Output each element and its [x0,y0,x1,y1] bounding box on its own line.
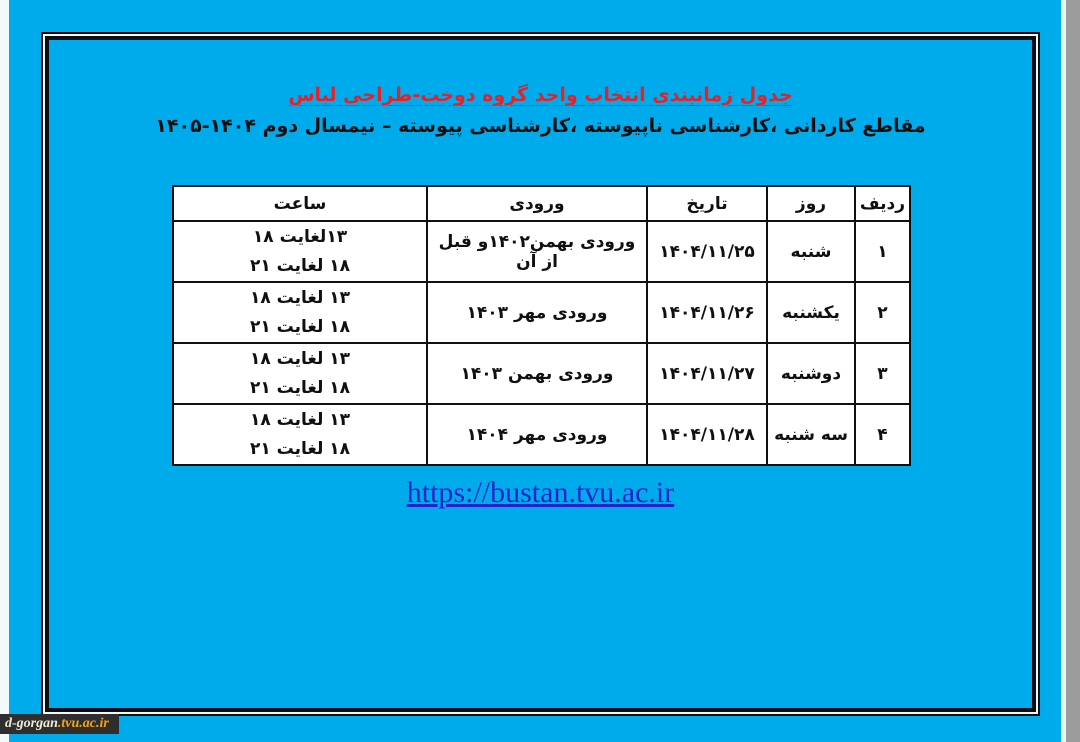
header-date: تاریخ [647,186,767,221]
document-frame: جدول زمانبندی انتخاب واحد گروه دوخت-طراح… [41,32,1040,716]
time-slots: ۱۳لغایت ۱۸ ۱۸ لغایت ۲۱ [174,222,426,281]
portal-link[interactable]: https://bustan.tvu.ac.ir [49,476,1032,510]
cell-entry: ورودی مهر ۱۴۰۴ [427,404,647,465]
page-right-margin [1066,0,1080,742]
cell-row-number: ۳ [855,343,910,404]
document-body: جدول زمانبندی انتخاب واحد گروه دوخت-طراح… [45,36,1036,712]
table-row: ۴ سه شنبه ۱۴۰۴/۱۱/۲۸ ورودی مهر ۱۴۰۴ ۱۳ ل… [173,404,910,465]
time-slot-2: ۱۸ لغایت ۲۱ [174,317,426,337]
header-row: ردیف روز تاریخ ورودی ساعت [173,186,910,221]
cell-time: ۱۳ لغایت ۱۸ ۱۸ لغایت ۲۱ [173,404,427,465]
cell-row-number: ۲ [855,282,910,343]
time-slot-1: ۱۳ لغایت ۱۸ [174,349,426,369]
page-left-margin [0,0,9,742]
cell-row-number: ۴ [855,404,910,465]
cell-day: دوشنبه [767,343,855,404]
time-slot-2: ۱۸ لغایت ۲۱ [174,256,426,276]
cell-entry: ورودی مهر ۱۴۰۳ [427,282,647,343]
cell-date: ۱۴۰۴/۱۱/۲۶ [647,282,767,343]
cell-day: شنبه [767,221,855,282]
document-title: جدول زمانبندی انتخاب واحد گروه دوخت-طراح… [49,84,1032,106]
time-slot-1: ۱۳ لغایت ۱۸ [174,288,426,308]
header-row-number: ردیف [855,186,910,221]
page: { "document": { "title": "جدول زمانبندی … [0,0,1080,742]
cell-row-number: ۱ [855,221,910,282]
time-slot-1: ۱۳لغایت ۱۸ [174,227,426,247]
time-slot-2: ۱۸ لغایت ۲۱ [174,439,426,459]
watermark-site-name: d-gorgan [5,716,58,731]
header-entry: ورودی [427,186,647,221]
time-slot-1: ۱۳ لغایت ۱۸ [174,410,426,430]
time-slots: ۱۳ لغایت ۱۸ ۱۸ لغایت ۲۱ [174,344,426,403]
schedule-table: ردیف روز تاریخ ورودی ساعت ۱ شنبه ۱۴۰۴/۱۱… [172,185,911,466]
cell-day: یکشنبه [767,282,855,343]
cell-date: ۱۴۰۴/۱۱/۲۸ [647,404,767,465]
document-subtitle: مقاطع کاردانی ،کارشناسی ناپیوسته ،کارشنا… [49,115,1032,137]
table-row: ۳ دوشنبه ۱۴۰۴/۱۱/۲۷ ورودی بهمن ۱۴۰۳ ۱۳ ل… [173,343,910,404]
cell-entry: ورودی بهمن۱۴۰۲و قبل از آن [427,221,647,282]
cell-time: ۱۳لغایت ۱۸ ۱۸ لغایت ۲۱ [173,221,427,282]
time-slots: ۱۳ لغایت ۱۸ ۱۸ لغایت ۲۱ [174,283,426,342]
watermark-badge: d-gorgan.tvu.ac.ir [0,714,119,734]
table-row: ۱ شنبه ۱۴۰۴/۱۱/۲۵ ورودی بهمن۱۴۰۲و قبل از… [173,221,910,282]
cell-time: ۱۳ لغایت ۱۸ ۱۸ لغایت ۲۱ [173,343,427,404]
time-slots: ۱۳ لغایت ۱۸ ۱۸ لغایت ۲۱ [174,405,426,464]
watermark-site-domain: .tvu.ac.ir [58,716,109,731]
header-time: ساعت [173,186,427,221]
cell-date: ۱۴۰۴/۱۱/۲۷ [647,343,767,404]
cell-time: ۱۳ لغایت ۱۸ ۱۸ لغایت ۲۱ [173,282,427,343]
cell-entry: ورودی بهمن ۱۴۰۳ [427,343,647,404]
time-slot-2: ۱۸ لغایت ۲۱ [174,378,426,398]
table-row: ۲ یکشنبه ۱۴۰۴/۱۱/۲۶ ورودی مهر ۱۴۰۳ ۱۳ لغ… [173,282,910,343]
header-day: روز [767,186,855,221]
cell-date: ۱۴۰۴/۱۱/۲۵ [647,221,767,282]
cell-day: سه شنبه [767,404,855,465]
